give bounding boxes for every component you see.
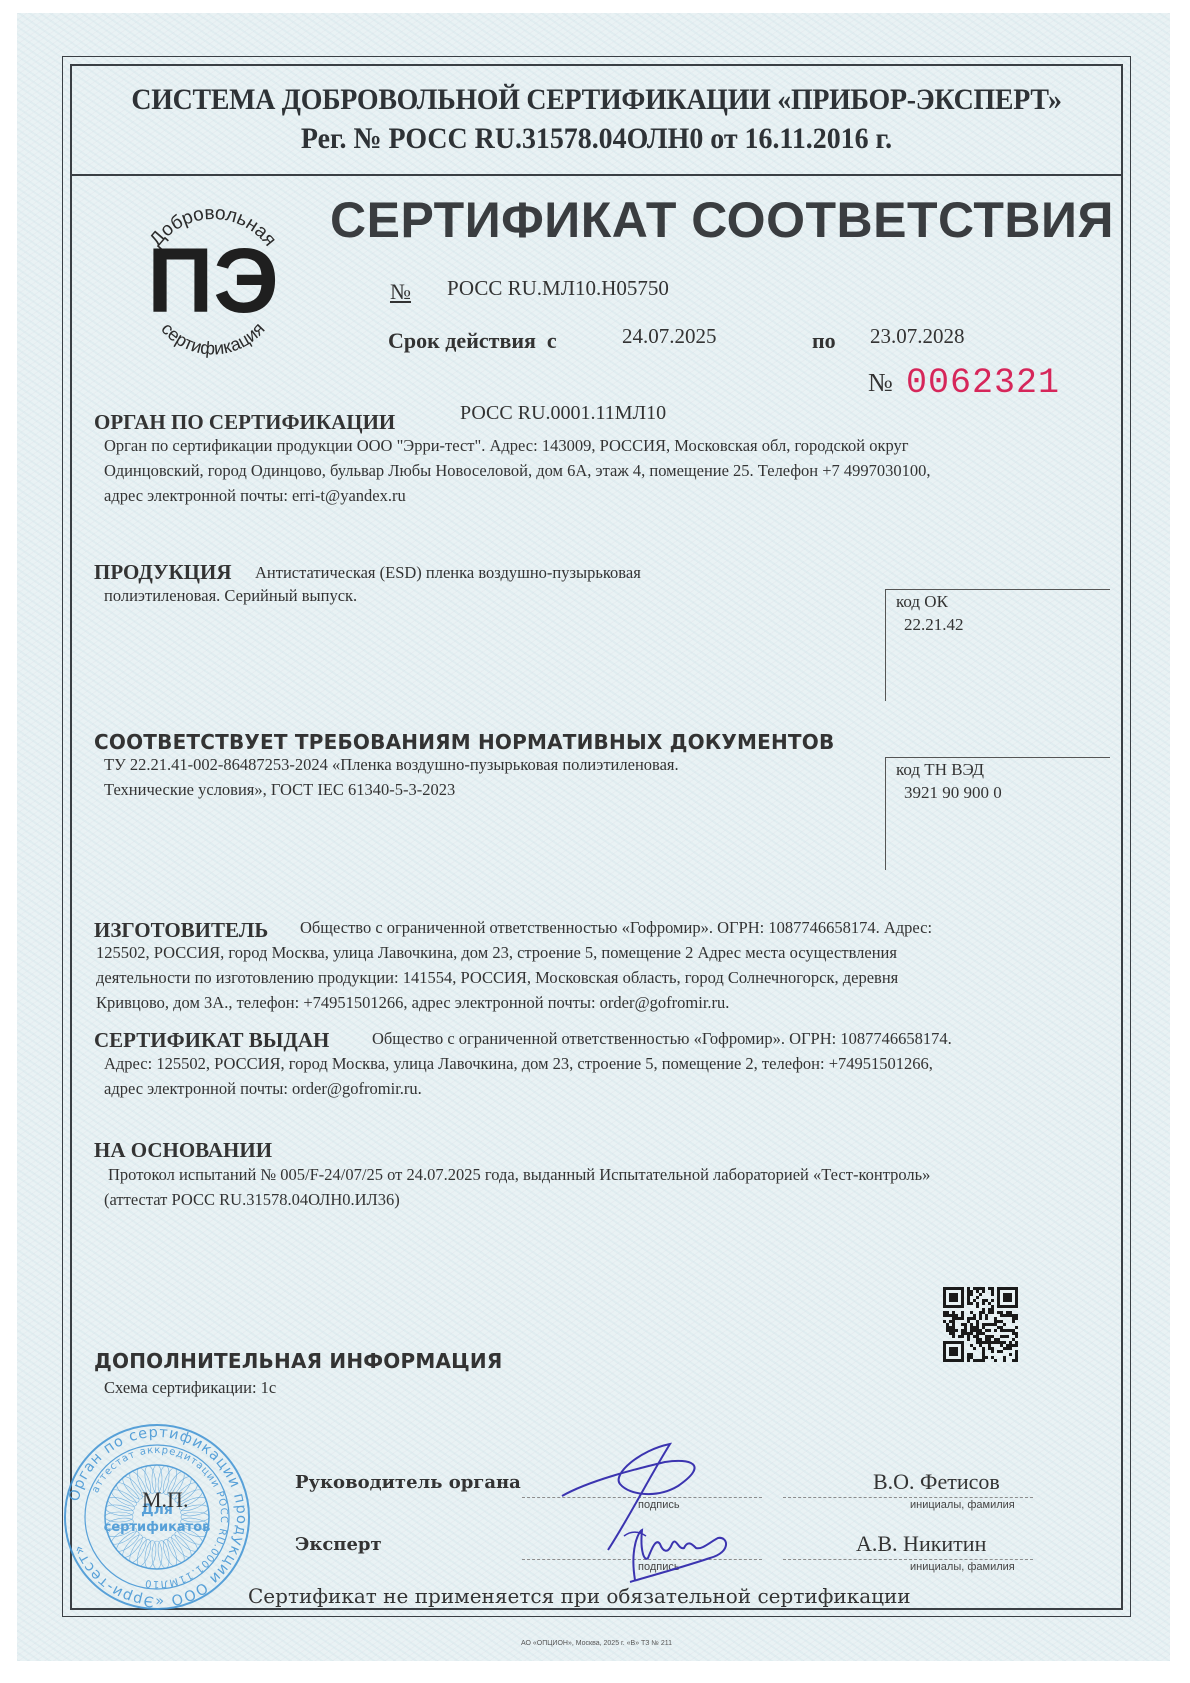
compliance-title: СООТВЕТСТВУЕТ ТРЕБОВАНИЯМ НОРМАТИВНЫХ ДО… [94, 730, 834, 754]
code-tnved-value: 3921 90 900 0 [904, 783, 1002, 803]
valid-to-label: по [812, 328, 836, 354]
certification-scheme: Схема сертификации: 1с [104, 1375, 276, 1400]
header-divider [70, 174, 1123, 176]
product-line-2: полиэтиленовая. Серийный выпуск. [104, 583, 357, 608]
stamp-center-bottom: сертификатов [104, 1520, 211, 1535]
basis-line-1: Протокол испытаний № 005/F-24/07/25 от 2… [108, 1162, 930, 1187]
head-name-line [783, 1497, 1033, 1498]
manufacturer-line-3: деятельности по изготовлению продукции: … [96, 965, 898, 990]
official-stamp: Орган по сертификации продукции ООО «Эрр… [62, 1422, 252, 1612]
head-of-body-name: В.О. Фетисов [873, 1469, 1000, 1495]
code-tnved-box: код ТН ВЭД 3921 90 900 0 [885, 757, 1110, 870]
printer-imprint: АО «ОПЦИОН», Москва, 2025 г. «В» ТЗ № 21… [70, 1640, 1123, 1647]
validity-label: Срок действия с [388, 328, 557, 354]
pe-certification-logo: Добровольная ПЭ сертификация [128, 194, 298, 364]
expert-name-caption: инициалы, фамилия [910, 1561, 1015, 1573]
manufacturer-line-2: 125502, РОССИЯ, город Москва, улица Лаво… [96, 940, 897, 965]
certificate-title: СЕРТИФИКАТ СООТВЕТСТВИЯ [330, 191, 1114, 249]
serial-number-label: № [868, 368, 893, 398]
manufacturer-line-4: Кривцово, дом 3А., телефон: +74951501266… [96, 990, 729, 1015]
cert-body-line-1: Орган по сертификации продукции ООО "Эрр… [104, 433, 909, 458]
code-ok-value: 22.21.42 [904, 615, 964, 635]
expert-name-line [783, 1559, 1033, 1560]
certification-system-name: СИСТЕМА ДОБРОВОЛЬНОЙ СЕРТИФИКАЦИИ «ПРИБО… [107, 83, 1086, 117]
issued-to-title: СЕРТИФИКАТ ВЫДАН [94, 1028, 329, 1053]
expert-name: А.В. Никитин [856, 1531, 986, 1557]
cert-body-line-2: Одинцовский, город Одинцово, бульвар Люб… [104, 458, 931, 483]
basis-title: НА ОСНОВАНИИ [94, 1138, 272, 1163]
expert-role: Эксперт [295, 1534, 382, 1555]
serial-number: 0062321 [906, 363, 1060, 403]
compliance-line-1: ТУ 22.21.41-002-86487253-2024 «Пленка во… [104, 752, 679, 777]
head-name-caption: инициалы, фамилия [910, 1499, 1015, 1511]
additional-info-title: ДОПОЛНИТЕЛЬНАЯ ИНФОРМАЦИЯ [94, 1349, 502, 1373]
mandatory-certification-note: Сертификат не применяется при обязательн… [248, 1584, 911, 1608]
stamp-place-mark: М.П. [142, 1487, 188, 1513]
manufacturer-line-1: Общество с ограниченной ответственностью… [300, 915, 932, 940]
logo-letters: ПЭ [147, 230, 279, 332]
certificate-number-label: № [390, 279, 411, 305]
code-tnved-label: код ТН ВЭД [896, 760, 984, 780]
compliance-line-2: Технические условия», ГОСТ IEC 61340-5-3… [104, 777, 455, 802]
cert-body-title: ОРГАН ПО СЕРТИФИКАЦИИ [94, 410, 395, 435]
issued-to-line-1: Общество с ограниченной ответственностью… [372, 1026, 952, 1051]
system-registration-number: Рег. № РОСС RU.31578.04ОЛН0 от 16.11.201… [107, 122, 1086, 156]
valid-from-date: 24.07.2025 [622, 324, 717, 349]
handwritten-signatures [560, 1440, 760, 1590]
basis-line-2: (аттестат РОСС RU.31578.04ОЛН0.ИЛ36) [104, 1187, 400, 1212]
product-line-1: Антистатическая (ESD) пленка воздушно-пу… [255, 560, 641, 585]
issued-to-line-2: Адрес: 125502, РОССИЯ, город Москва, ули… [104, 1051, 933, 1076]
valid-to-date: 23.07.2028 [870, 324, 965, 349]
cert-body-line-3: адрес электронной почты: erri-t@yandex.r… [104, 483, 406, 508]
issued-to-line-3: адрес электронной почты: order@gofromir.… [104, 1076, 422, 1101]
head-of-body-role: Руководитель органа [295, 1472, 521, 1493]
product-title: ПРОДУКЦИЯ [94, 560, 232, 585]
qr-code [943, 1287, 1018, 1362]
cert-body-code: РОСС RU.0001.11МЛ10 [460, 402, 666, 425]
certificate-number: РОСС RU.МЛ10.Н05750 [447, 276, 669, 301]
code-ok-label: код ОК [896, 592, 948, 612]
code-ok-box: код ОК 22.21.42 [885, 589, 1110, 701]
